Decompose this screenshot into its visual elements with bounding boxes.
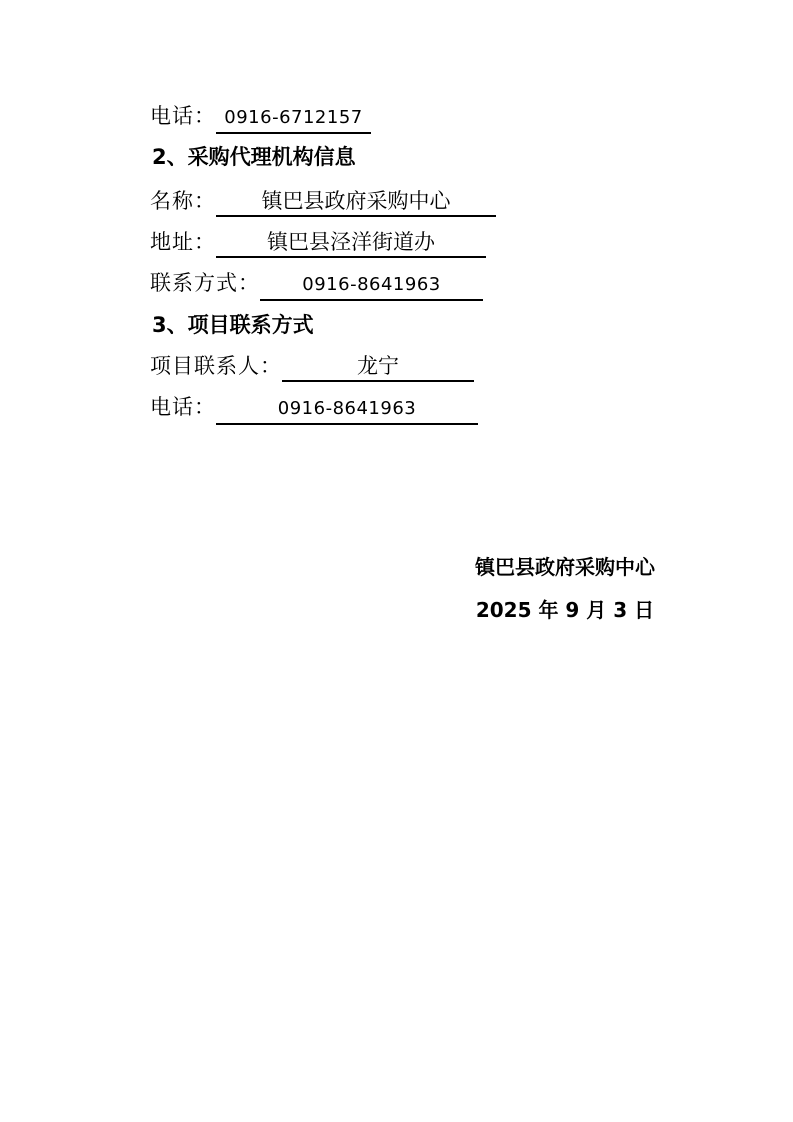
project-phone-value: 0916-8641963	[278, 398, 416, 419]
phone-value: 0916-6712157	[224, 107, 362, 128]
signature-org: 镇巴县政府采购中心	[415, 554, 715, 580]
phone-label: 电话：	[150, 104, 216, 128]
document-page: 电话：0916-6712157 2、采购代理机构信息 名称：镇巴县政府采购中心 …	[0, 0, 793, 1122]
address-label: 地址：	[150, 230, 216, 254]
name-label: 名称：	[150, 189, 216, 213]
agency-contact-line: 联系方式：0916-8641963	[150, 270, 483, 301]
agency-name-line: 名称：镇巴县政府采购中心	[150, 188, 496, 217]
project-person-blank-underline: 龙宁	[282, 353, 474, 382]
name-value: 镇巴县政府采购中心	[262, 189, 451, 213]
phone-blank-underline: 0916-6712157	[216, 103, 371, 134]
agency-phone-line: 电话：0916-6712157	[150, 103, 371, 134]
contact-label: 联系方式：	[150, 271, 260, 295]
address-blank-underline: 镇巴县泾洋街道办	[216, 229, 486, 258]
signature-block: 镇巴县政府采购中心 2025 年 9 月 3 日	[415, 554, 715, 623]
section-3-heading: 3、项目联系方式	[152, 312, 314, 338]
agency-address-line: 地址：镇巴县泾洋街道办	[150, 229, 486, 258]
section-2-heading: 2、采购代理机构信息	[152, 144, 356, 170]
contact-value: 0916-8641963	[302, 274, 440, 295]
project-person-value: 龙宁	[357, 354, 399, 378]
address-value: 镇巴县泾洋街道办	[267, 230, 435, 254]
contact-blank-underline: 0916-8641963	[260, 270, 483, 301]
name-blank-underline: 镇巴县政府采购中心	[216, 188, 496, 217]
project-person-label: 项目联系人：	[150, 354, 282, 378]
project-phone-label: 电话：	[150, 395, 216, 419]
signature-date: 2025 年 9 月 3 日	[415, 597, 715, 623]
project-person-line: 项目联系人：龙宁	[150, 353, 474, 382]
project-phone-line: 电话：0916-8641963	[150, 394, 478, 425]
project-phone-blank-underline: 0916-8641963	[216, 394, 478, 425]
